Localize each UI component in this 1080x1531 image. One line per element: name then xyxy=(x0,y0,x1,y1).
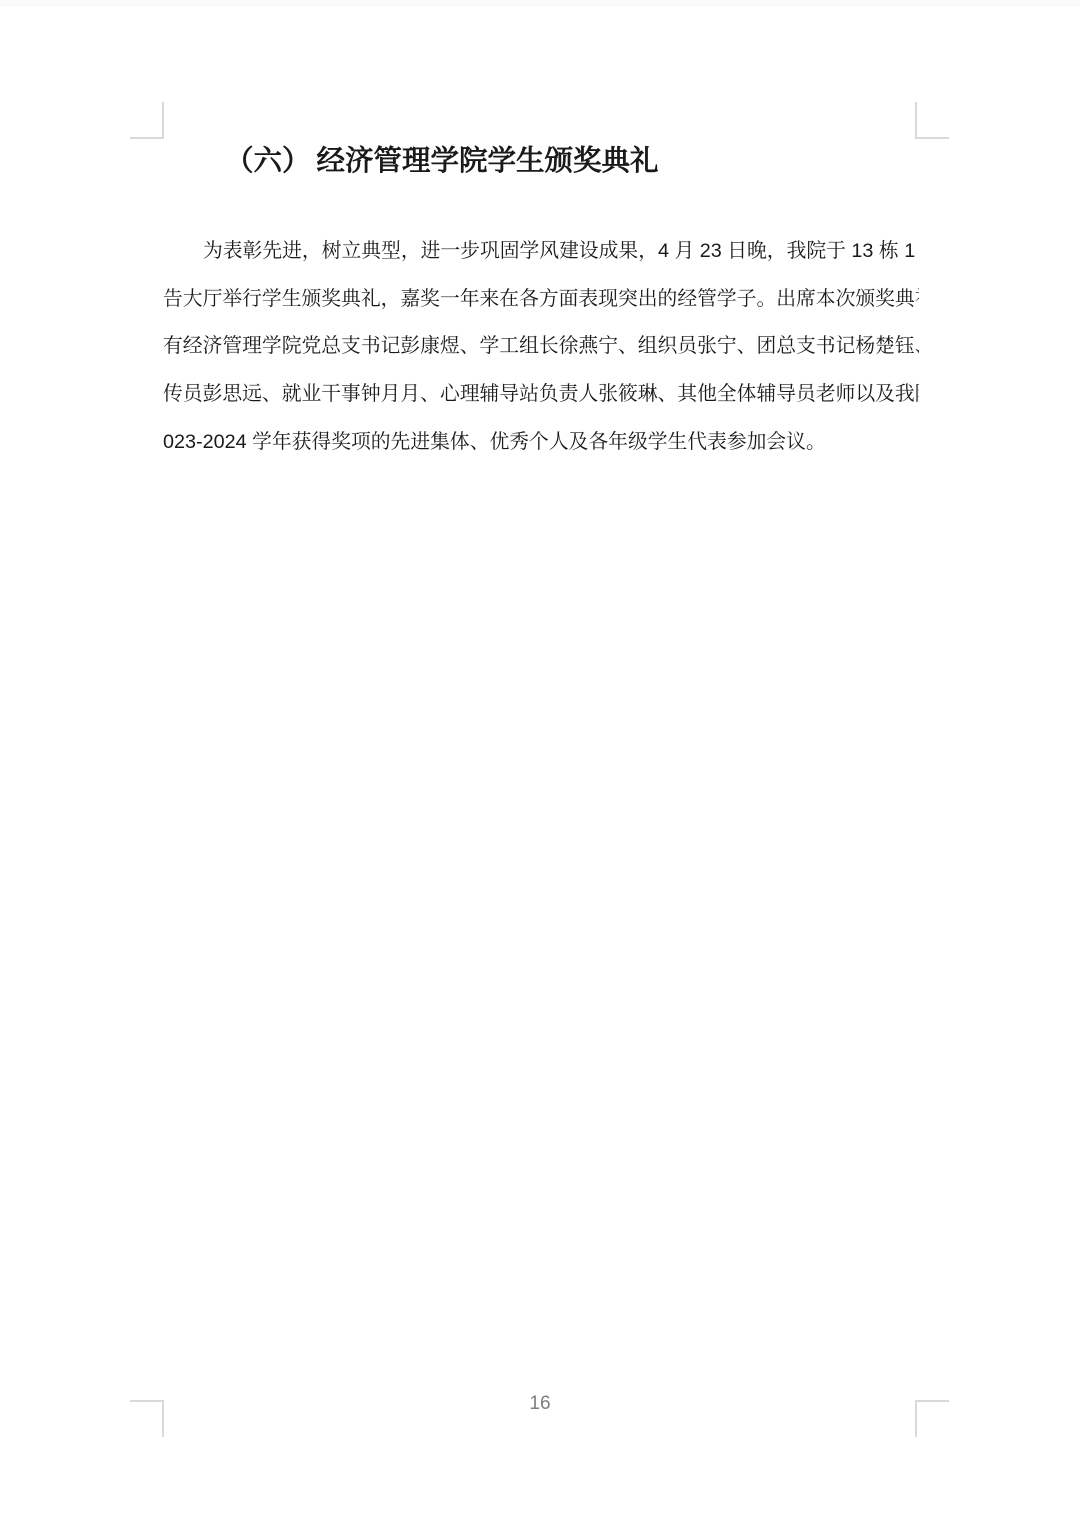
crop-mark-top-left xyxy=(130,102,164,139)
paragraph-line: 传员彭思远、就业干事钟月月、心理辅导站负责人张筱琳、其他全体辅导员老师以及我院 … xyxy=(163,371,919,419)
paragraph-line: 告大厅举行学生颁奖典礼，嘉奖一年来在各方面表现突出的经管学子。出席本次颁奖典礼的 xyxy=(163,276,919,324)
page-number: 16 xyxy=(0,1392,1080,1416)
paragraph-line: 023-2024 学年获得奖项的先进集体、优秀个人及各年级学生代表参加会议。 xyxy=(163,419,919,467)
text-area: （六）经济管理学院学生颁奖典礼 为表彰先进，树立典型，进一步巩固学风建设成果，4… xyxy=(163,137,919,467)
section-heading: （六）经济管理学院学生颁奖典礼 xyxy=(225,141,919,181)
paragraph-line: 有经济管理学院党总支书记彭康煜、学工组长徐燕宁、组织员张宁、团总支书记杨楚钰、宣 xyxy=(163,323,919,371)
crop-mark-top-right xyxy=(915,102,949,139)
section-number: （六） xyxy=(225,145,311,177)
section-title: 经济管理学院学生颁奖典礼 xyxy=(317,145,659,177)
body-paragraph: 为表彰先进，树立典型，进一步巩固学风建设成果，4 月 23 日晚，我院于 13 … xyxy=(163,228,919,467)
paragraph-line: 为表彰先进，树立典型，进一步巩固学风建设成果，4 月 23 日晚，我院于 13 … xyxy=(163,228,919,276)
document-page: （六）经济管理学院学生颁奖典礼 为表彰先进，树立典型，进一步巩固学风建设成果，4… xyxy=(0,0,1080,1531)
page-top-edge xyxy=(0,0,1080,7)
